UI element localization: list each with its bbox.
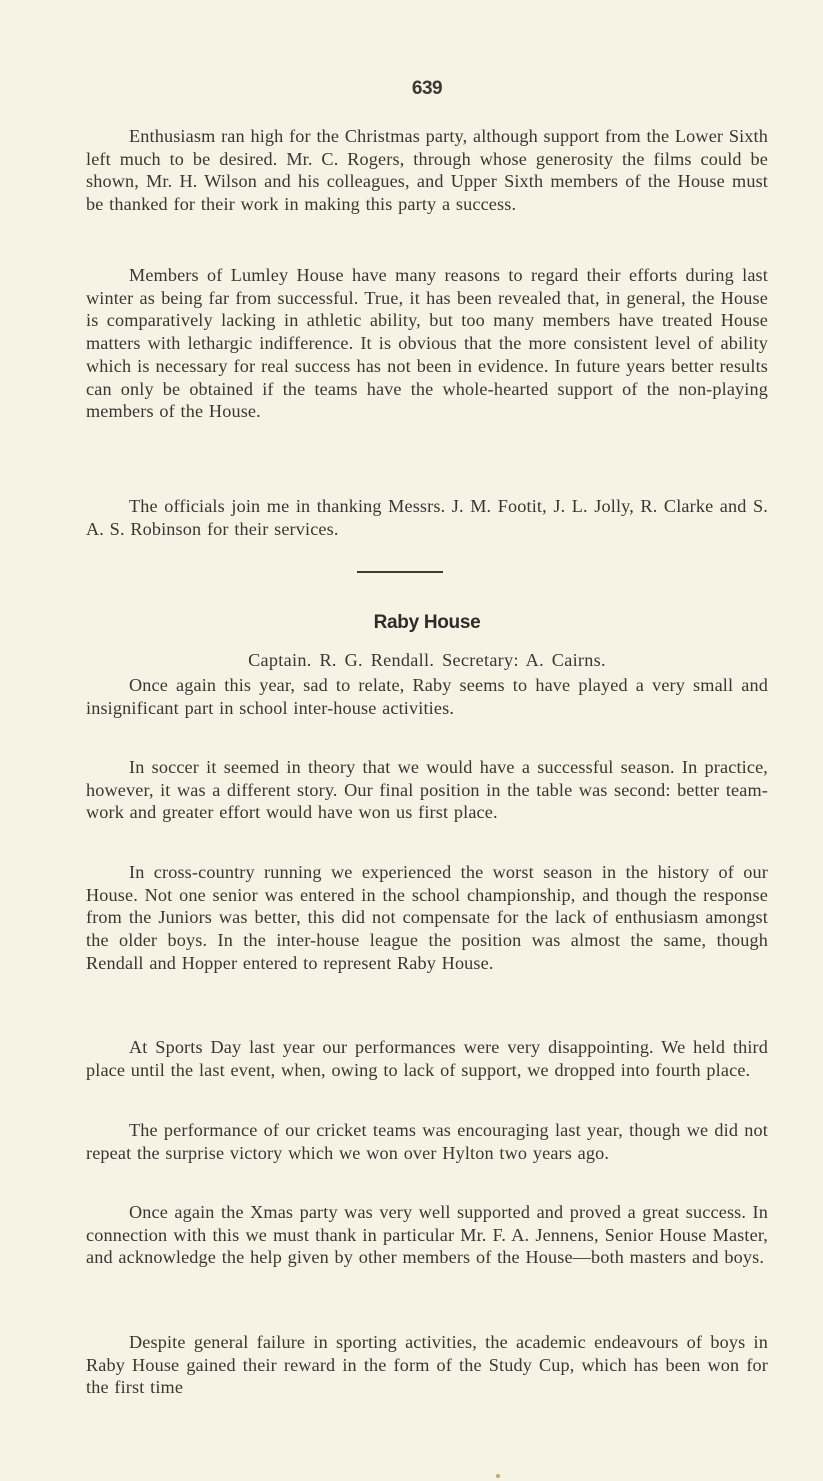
paragraph: Enthusiasm ran high for the Christmas pa…	[86, 125, 768, 216]
paragraph: The officials join me in thanking Messrs…	[86, 495, 768, 540]
raby-paragraph-sports-day: At Sports Day last year our performances…	[86, 1036, 768, 1081]
raby-paragraph-cross-country: In cross-country running we experienced …	[86, 861, 768, 975]
raby-paragraph-intro: Once again this year, sad to relate, Rab…	[86, 674, 768, 719]
section-officers: Captain. R. G. Rendall. Secretary: A. Ca…	[86, 649, 768, 672]
lumley-paragraph-thanks: The officials join me in thanking Messrs…	[86, 495, 768, 540]
section-divider	[357, 571, 443, 573]
paragraph: At Sports Day last year our performances…	[86, 1036, 768, 1081]
paragraph: Once again the Xmas party was very well …	[86, 1201, 768, 1269]
raby-paragraph-soccer: In soccer it seemed in theory that we wo…	[86, 756, 768, 824]
lumley-paragraph-efforts: Members of Lumley House have many reason…	[86, 264, 768, 423]
paragraph: In soccer it seemed in theory that we wo…	[86, 756, 768, 824]
raby-paragraph-cricket: The performance of our cricket teams was…	[86, 1119, 768, 1164]
paragraph: Once again this year, sad to relate, Rab…	[86, 674, 768, 719]
page-number: 639	[86, 78, 768, 100]
paragraph: Despite general failure in sporting acti…	[86, 1331, 768, 1399]
section-heading: Raby House	[86, 612, 768, 634]
paper-speck	[496, 1474, 500, 1478]
paragraph: Members of Lumley House have many reason…	[86, 264, 768, 423]
paragraph: The performance of our cricket teams was…	[86, 1119, 768, 1164]
raby-paragraph-xmas-party: Once again the Xmas party was very well …	[86, 1201, 768, 1269]
raby-paragraph-study-cup: Despite general failure in sporting acti…	[86, 1331, 768, 1399]
paragraph: In cross-country running we experienced …	[86, 861, 768, 975]
lumley-paragraph-christmas-party: Enthusiasm ran high for the Christmas pa…	[86, 125, 768, 216]
